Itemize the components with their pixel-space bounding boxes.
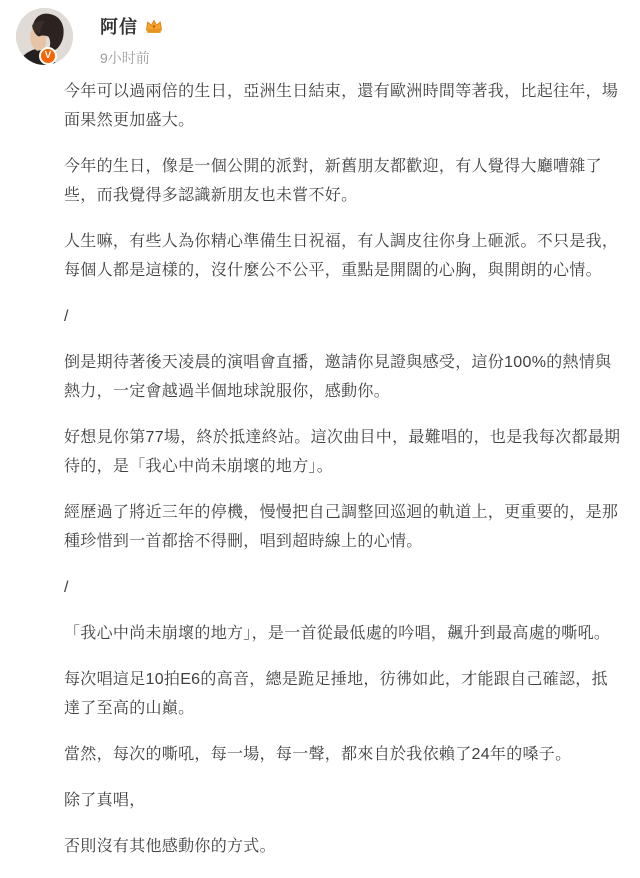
weibo-post: V 阿信 9小时前 今年可以過兩倍的生日，亞洲生日結束，還有歐洲時間等著我，比起…	[0, 0, 640, 878]
post-paragraph: 人生嘛，有些人為你精心準備生日祝福，有人調皮往你身上砸派。不只是我，每個人都是這…	[64, 227, 624, 285]
post-paragraph: 每次唱這足10拍E6的高音，總是跪足捶地，彷彿如此，才能跟自己確認，抵達了至高的…	[64, 665, 624, 723]
post-timestamp: 9小时前	[100, 48, 163, 68]
post-header: V 阿信 9小时前	[0, 0, 640, 72]
vip-crown-icon[interactable]	[145, 18, 163, 34]
post-paragraph: 否則沒有其他感動你的方式。	[64, 832, 624, 861]
post-paragraph: 倒是期待著後天凌晨的演唱會直播，邀請你見證與感受，這份100%的熱情與熱力，一定…	[64, 348, 624, 406]
post-paragraph: 當然，每次的嘶吼，每一場，每一聲，都來自於我依賴了24年的嗓子。	[64, 740, 624, 769]
author-block: 阿信 9小时前	[100, 13, 163, 68]
post-paragraph: 經歷過了將近三年的停機，慢慢把自己調整回巡迴的軌道上，更重要的，是那種珍惜到一首…	[64, 498, 624, 556]
author-name[interactable]: 阿信	[100, 13, 138, 39]
avatar[interactable]: V	[16, 8, 73, 65]
post-body: 今年可以過兩倍的生日，亞洲生日結束，還有歐洲時間等著我，比起往年，場面果然更加盛…	[0, 72, 640, 861]
post-paragraph: 「我心中尚未崩壞的地方」，是一首從最低處的吟唱，飆升到最高處的嘶吼。	[64, 619, 624, 648]
post-paragraph: 今年的生日，像是一個公開的派對，新舊朋友都歡迎，有人覺得大廳嘈雜了些，而我覺得多…	[64, 152, 624, 210]
verified-badge-icon: V	[39, 47, 57, 65]
post-paragraph: 好想見你第77場，終於抵達終站。這次曲目中，最難唱的，也是我每次都最期待的，是「…	[64, 423, 624, 481]
post-paragraph: 今年可以過兩倍的生日，亞洲生日結束，還有歐洲時間等著我，比起往年，場面果然更加盛…	[64, 77, 624, 135]
paragraph-separator: /	[64, 573, 624, 602]
post-paragraph: 除了真唱，	[64, 786, 624, 815]
paragraph-separator: /	[64, 302, 624, 331]
